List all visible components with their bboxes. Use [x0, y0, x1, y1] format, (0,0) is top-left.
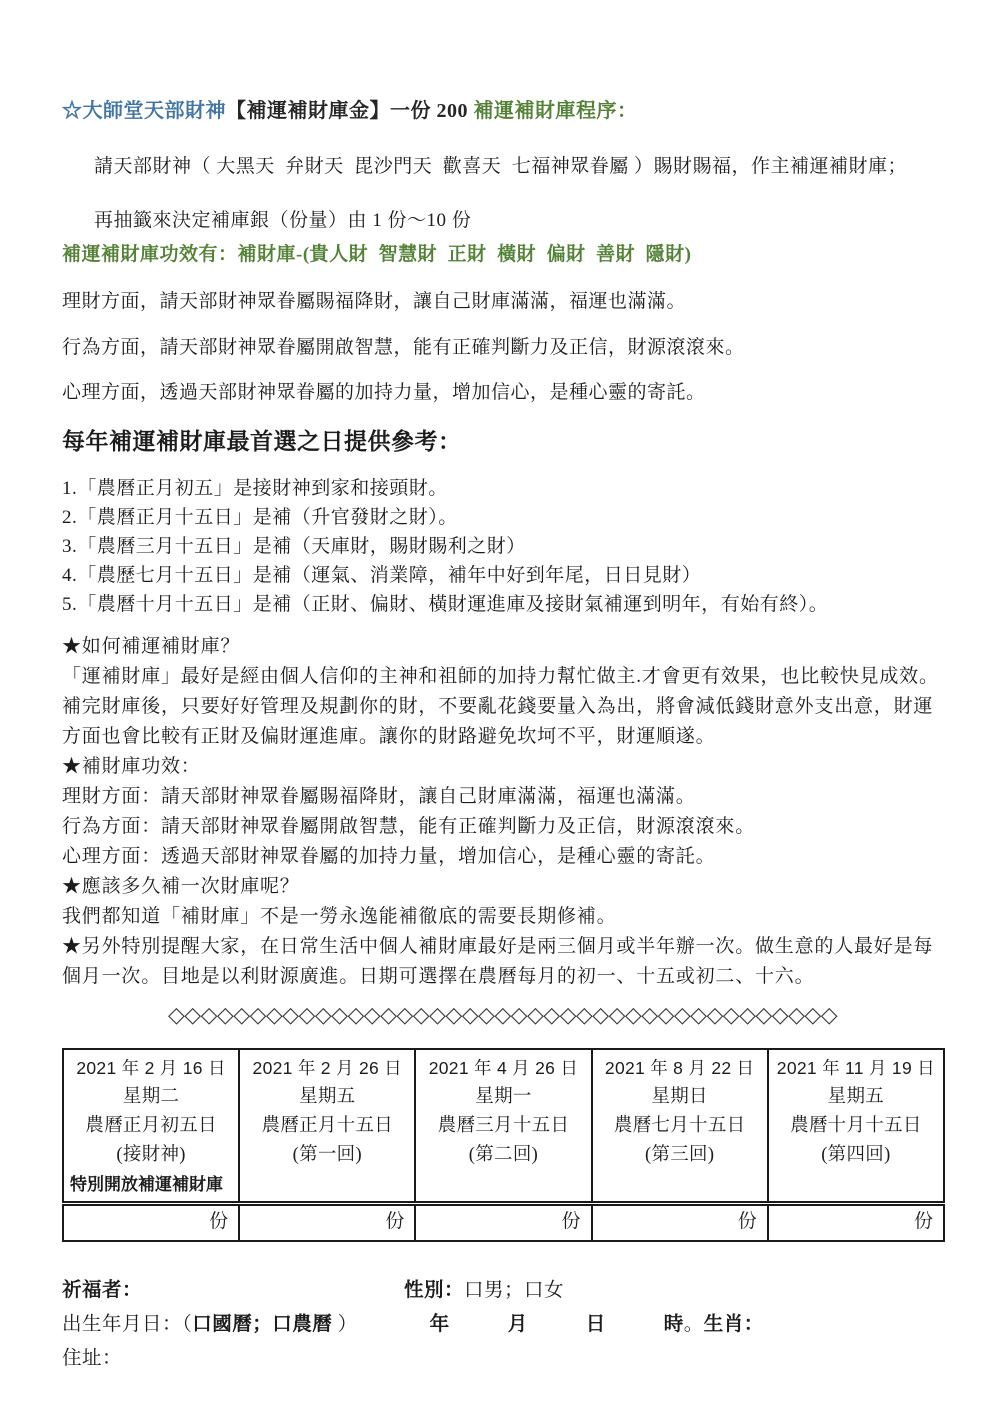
title-temple-name: ☆大師堂天部財神 [62, 100, 226, 122]
doc-title: ☆大師堂天部財神【補運補財庫金】一份 200 補運補財庫程序： [62, 98, 943, 124]
unit-cell-5: 份 [768, 1204, 944, 1242]
special-note: 特別開放補運補財庫 [70, 1170, 232, 1199]
efficacy-heading: 補運補財庫功效有：補財庫-(貴人財 智慧財 正財 橫財 偏財 善財 隱財) [62, 242, 943, 268]
date-cell-4: 2021 年 8 月 22 日 星期日 農曆七月十五日 (第三回) [592, 1049, 768, 1204]
title-offering-price: 【補運補財庫金】一份 200 [226, 100, 474, 122]
diamond-divider: ◇◇◇◇◇◇◇◇◇◇◇◇◇◇◇◇◇◇◇◇◇◇◇◇◇◇◇◇◇◇◇◇◇◇◇◇◇◇◇◇… [62, 1002, 943, 1028]
intro-paragraph-lots: 再抽籤來決定補庫銀（份量）由 1 份～10 份 [94, 208, 943, 234]
notes-section: ★如何補運補財庫？ 「運補財庫」最好是經由個人信仰的主神和祖師的加持力幫忙做主.… [62, 632, 943, 992]
year-label: 年 [430, 1314, 450, 1335]
best-day-item-2: 2.「農曆正月十五日」是補（升官發財之財）。 [62, 503, 943, 532]
date-text: 2021 年 2 月 16 日 [70, 1054, 232, 1083]
efficacy-paragraph-psychology: 心理方面，透過天部財神眾眷屬的加持力量，增加信心，是種心靈的寄託。 [62, 380, 943, 406]
round-text: (第三回) [599, 1141, 761, 1170]
schedule-table: 2021 年 2 月 16 日 星期二 農曆正月初五日 (接財神) 特別開放補運… [62, 1048, 945, 1242]
birth-date-line: 出生年月日：（口國曆；口農曆 ）年月日時。生肖： [62, 1308, 943, 1342]
round-text: (第二回) [422, 1141, 584, 1170]
zodiac-label: 生肖： [704, 1314, 764, 1335]
note-how-to-paragraph: 「運補財庫」最好是經由個人信仰的主神和祖師的加持力幫忙做主.才會更有效果，也比較… [62, 662, 943, 752]
round-text: (接財神) [70, 1141, 232, 1170]
round-text: (第四回) [775, 1141, 937, 1170]
note-behavior-line: 行為方面：請天部財神眾眷屬開啟智慧，能有正確判斷力及正信，財源滾滾來。 [62, 812, 943, 842]
best-day-item-1: 1.「農曆正月初五」是接財神到家和接頭財。 [62, 474, 943, 503]
date-text: 2021 年 8 月 22 日 [599, 1054, 761, 1083]
unit-cell-1: 份 [63, 1204, 239, 1242]
petitioner-label: 祈福者： [62, 1280, 142, 1301]
note-finance-line: 理財方面：請天部財神眾眷屬賜福降財，讓自己財庫滿滿，福運也滿滿。 [62, 782, 943, 812]
document-page: ☆大師堂天部財神【補運補財庫金】一份 200 補運補財庫程序： 請天部財神（ 大… [0, 98, 1005, 1376]
weekday-text: 星期五 [775, 1083, 937, 1112]
birth-close-paren: ） [332, 1314, 357, 1335]
date-text: 2021 年 2 月 26 日 [246, 1054, 408, 1083]
efficacy-paragraph-finance: 理財方面，請天部財神眾眷屬賜福降財，讓自己財庫滿滿，福運也滿滿。 [62, 289, 943, 315]
schedule-header-row: 2021 年 2 月 16 日 星期二 農曆正月初五日 (接財神) 特別開放補運… [63, 1049, 944, 1204]
lunar-text: 農曆正月十五日 [246, 1112, 408, 1141]
unit-cell-3: 份 [415, 1204, 591, 1242]
date-cell-2: 2021 年 2 月 26 日 星期五 農曆正月十五日 (第一回) [239, 1049, 415, 1204]
weekday-text: 星期日 [599, 1083, 761, 1112]
note-efficacy-heading: ★補財庫功效： [62, 752, 943, 782]
address-label: 住址： [62, 1348, 122, 1369]
annual-days-heading: 每年補運補財庫最首選之日提供參考： [62, 427, 943, 457]
unit-cell-4: 份 [592, 1204, 768, 1242]
hour-label: 時 [664, 1314, 684, 1335]
best-day-item-3: 3.「農曆三月十五日」是補（天庫財，賜財賜利之財） [62, 532, 943, 561]
note-frequency-line: 我們都知道「補財庫」不是一勞永逸能補徹底的需要長期修補。 [62, 902, 943, 932]
date-cell-3: 2021 年 4 月 26 日 星期一 農曆三月十五日 (第二回) [415, 1049, 591, 1204]
schedule-unit-row: 份 份 份 份 份 [63, 1204, 944, 1242]
best-day-item-5: 5.「農曆十月十五日」是補（正財、偏財、橫財運進庫及接財氣補運到明年，有始有終）… [62, 590, 943, 619]
lunar-text: 農曆正月初五日 [70, 1112, 232, 1141]
note-how-to-heading: ★如何補運補財庫？ [62, 632, 943, 662]
gender-group: 性別：口男；口女 [404, 1280, 564, 1301]
gender-options: 口男；口女 [464, 1280, 564, 1301]
note-psychology-line: 心理方面：透過天部財神眾眷屬的加持力量，增加信心，是種心靈的寄託。 [62, 842, 943, 872]
birth-calendar-options: 口國曆；口農曆 [192, 1314, 332, 1335]
date-cell-1: 2021 年 2 月 16 日 星期二 農曆正月初五日 (接財神) 特別開放補運… [63, 1049, 239, 1204]
efficacy-paragraph-behavior: 行為方面，請天部財神眾眷屬開啟智慧，能有正確判斷力及正信，財源滾滾來。 [62, 335, 943, 361]
title-procedure-label: 補運補財庫程序： [474, 100, 638, 122]
best-days-list: 1.「農曆正月初五」是接財神到家和接頭財。 2.「農曆正月十五日」是補（升官發財… [62, 474, 943, 619]
petition-form: 祈福者：性別：口男；口女 出生年月日：（口國曆；口農曆 ）年月日時。生肖： 住址… [62, 1274, 943, 1376]
weekday-text: 星期二 [70, 1083, 232, 1112]
lunar-text: 農曆七月十五日 [599, 1112, 761, 1141]
gender-label: 性別： [404, 1280, 464, 1301]
day-label: 日 [586, 1314, 606, 1335]
best-day-item-4: 4.「農歷七月十五日」是補（運氣、消業障，補年中好到年尾，日日見財） [62, 561, 943, 590]
hour-suffix: 。 [684, 1314, 704, 1335]
note-reminder-paragraph: ★另外特別提醒大家，在日常生活中個人補財庫最好是兩三個月或半年辦一次。做生意的人… [62, 932, 943, 992]
note-frequency-heading: ★應該多久補一次財庫呢？ [62, 872, 943, 902]
date-text: 2021 年 4 月 26 日 [422, 1054, 584, 1083]
date-text: 2021 年 11 月 19 日 [775, 1054, 937, 1083]
birth-prefix: 出生年月日：（ [62, 1314, 192, 1335]
unit-cell-2: 份 [239, 1204, 415, 1242]
lunar-text: 農曆三月十五日 [422, 1112, 584, 1141]
lunar-text: 農曆十月十五日 [775, 1112, 937, 1141]
petitioner-gender-line: 祈福者：性別：口男；口女 [62, 1274, 943, 1308]
date-cell-5: 2021 年 11 月 19 日 星期五 農曆十月十五日 (第四回) [768, 1049, 944, 1204]
address-line: 住址： [62, 1342, 943, 1376]
round-text: (第一回) [246, 1141, 408, 1170]
weekday-text: 星期一 [422, 1083, 584, 1112]
weekday-text: 星期五 [246, 1083, 408, 1112]
intro-paragraph-deities: 請天部財神（ 大黑天 弁財天 毘沙門天 歡喜天 七福神眾眷屬 ）賜財賜福，作主補… [94, 154, 943, 180]
month-label: 月 [508, 1314, 528, 1335]
